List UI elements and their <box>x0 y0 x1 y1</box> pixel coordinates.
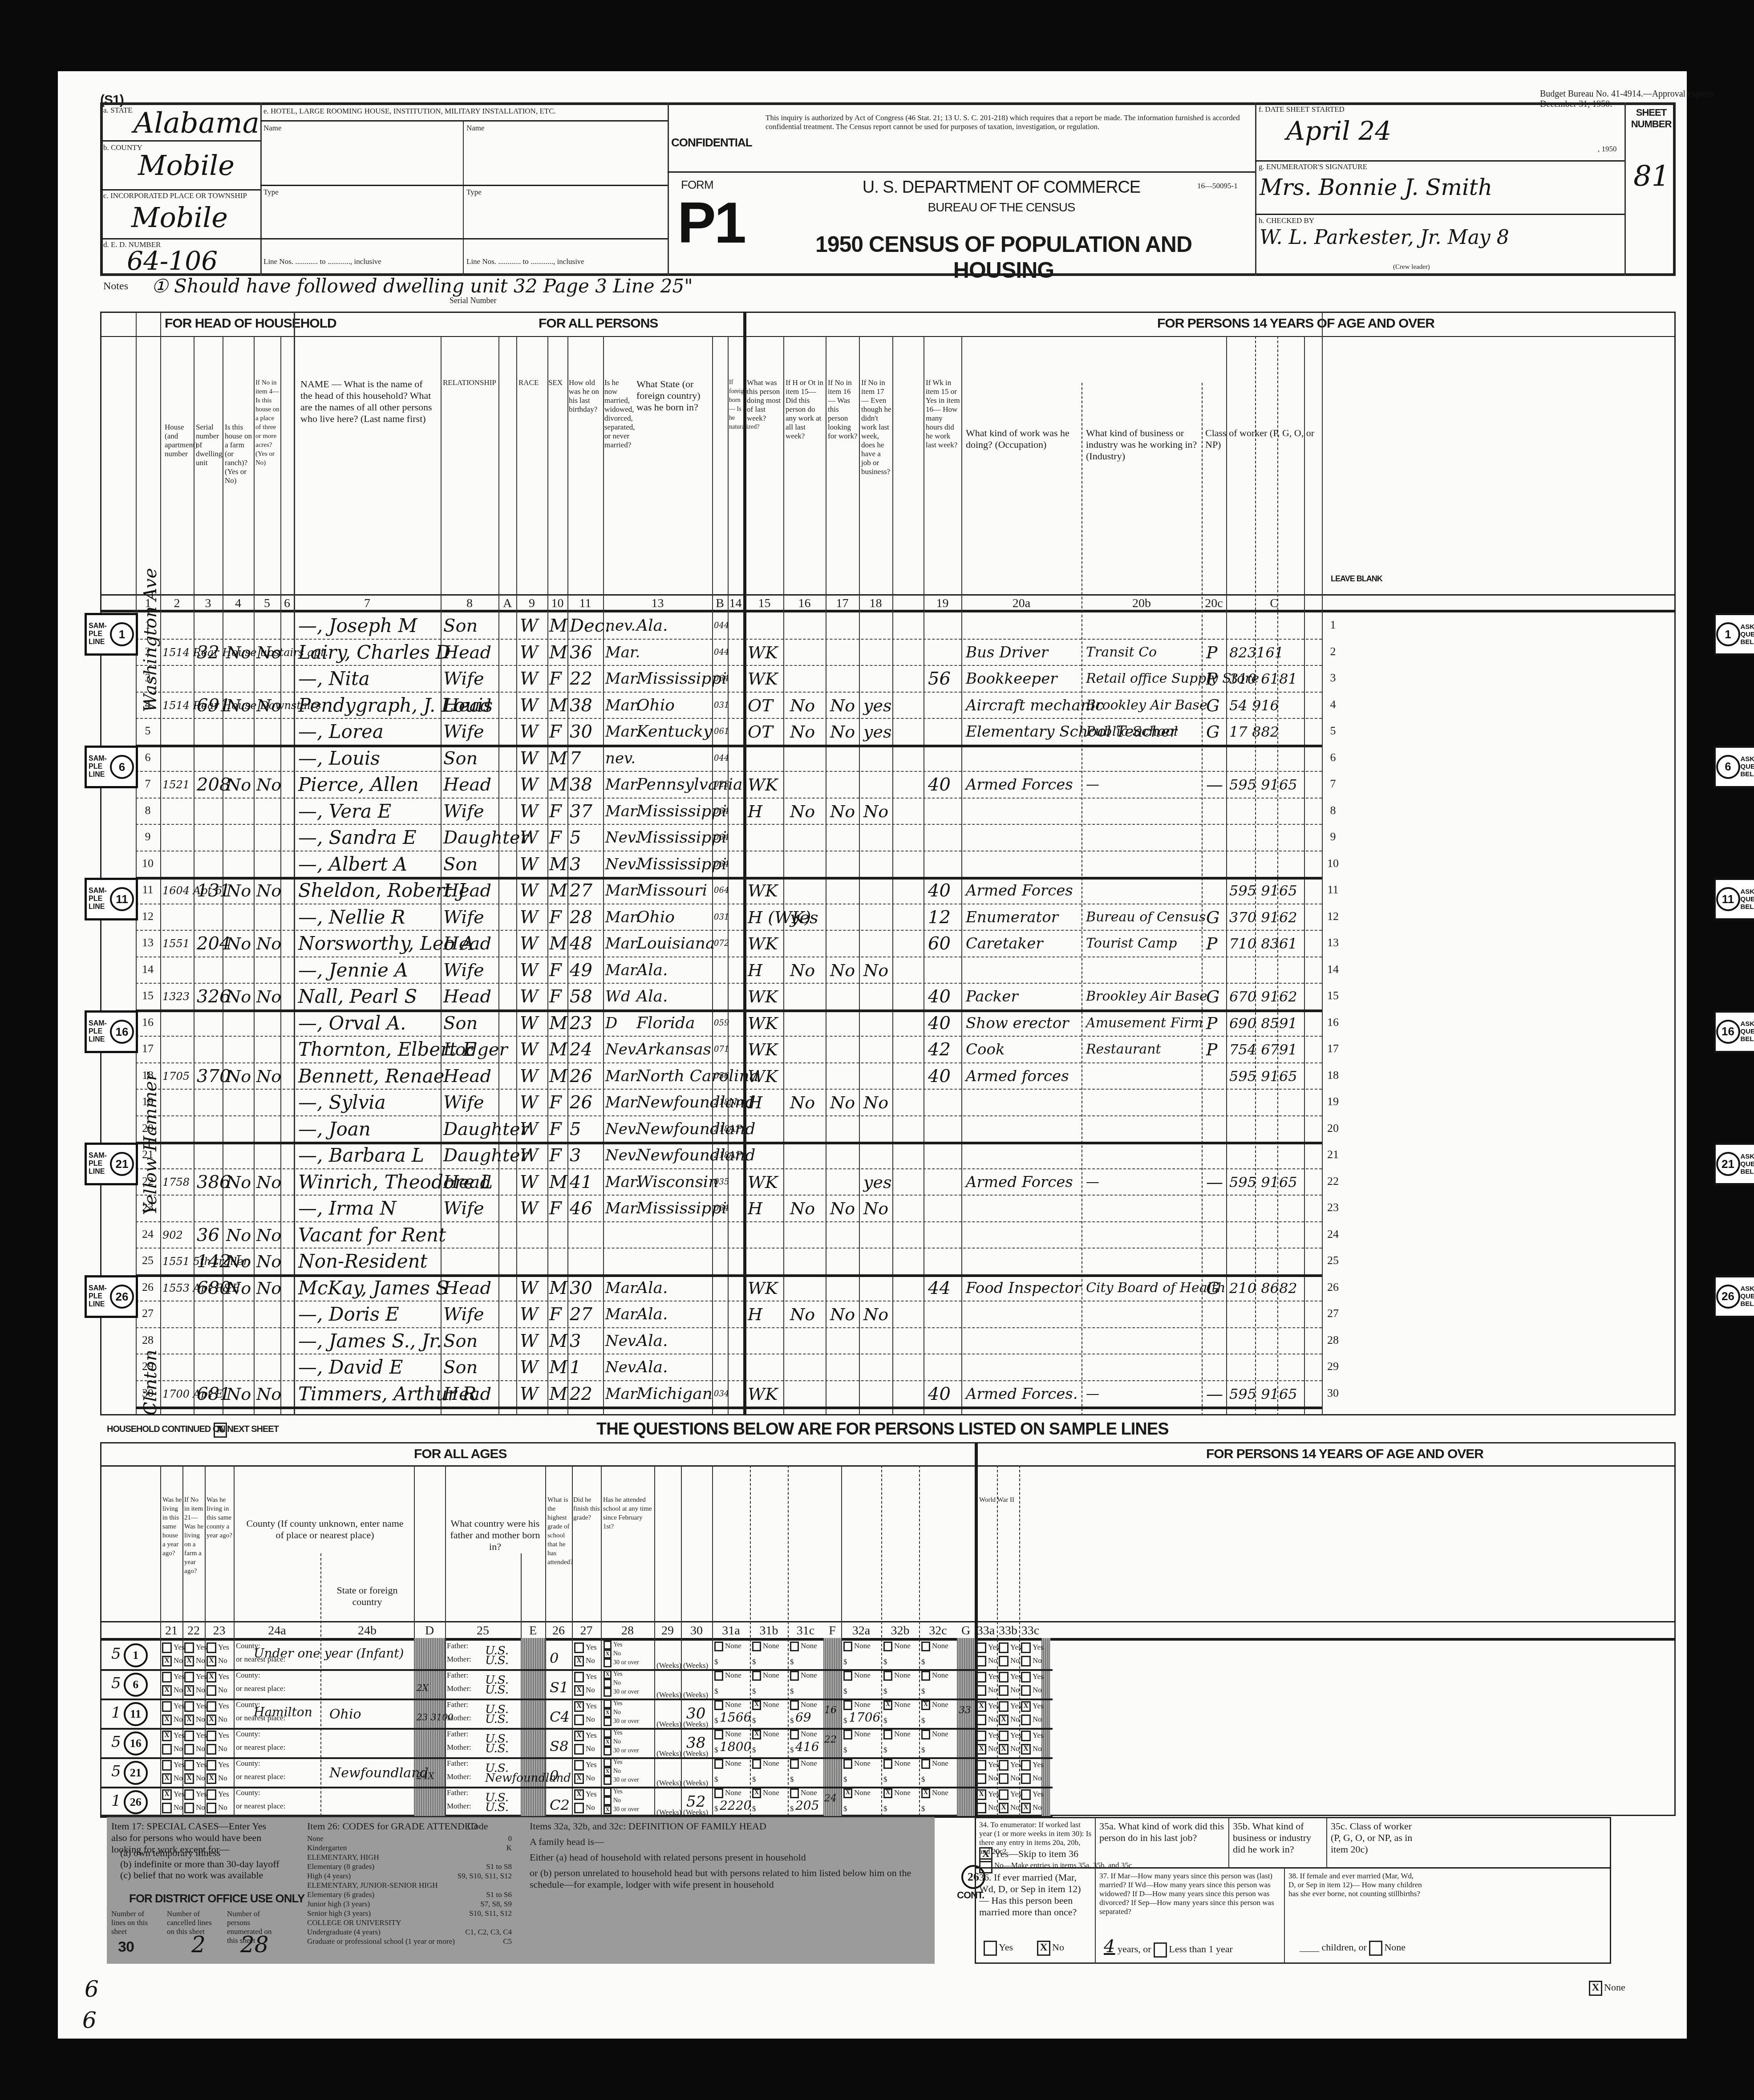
cell-nat: AP <box>729 1144 742 1167</box>
leave-blank-f <box>823 1638 841 1816</box>
county-label: b. COUNTY <box>103 143 142 152</box>
cell-name: —, David E <box>298 1356 403 1378</box>
q22-checkbox[interactable]: YesNo <box>184 1731 207 1755</box>
q28-checkbox[interactable]: YesXNo30 or over <box>604 1699 639 1726</box>
line-number: 26 <box>139 1281 157 1294</box>
cell-occupation: Enumerator <box>966 906 1058 928</box>
col-23-header: Was he living in this same county a year… <box>207 1496 232 1540</box>
ask-questions-tag: 1ASK QUES. BELOW <box>1713 613 1754 656</box>
cell-farm: No <box>226 1065 251 1087</box>
cell-code-c: 690 8591 <box>1229 1012 1297 1034</box>
q22-checkbox[interactable]: YesNo <box>184 1789 207 1813</box>
colnum-a: A <box>498 596 516 611</box>
lcolnum-25: 25 <box>445 1624 521 1638</box>
leave-blank-e <box>521 1638 545 1816</box>
cell-code-c: 595 9165 <box>1229 774 1297 796</box>
cell-rel: Daughter <box>443 827 529 849</box>
cell-farm: No <box>226 1383 251 1405</box>
none-checkbox[interactable]: None <box>714 1730 741 1739</box>
cell-rel: Son <box>443 1356 478 1378</box>
q28-checkbox[interactable]: YesXNo30 or over <box>604 1729 639 1755</box>
cell-class: G <box>1206 721 1219 743</box>
cell-marital: Mar. <box>605 1277 640 1299</box>
cell-rel: Head <box>443 641 491 664</box>
cell-industry: Amusement Firm <box>1086 1012 1203 1034</box>
none-checkbox[interactable]: None <box>843 1730 871 1739</box>
checked-label: h. CHECKED BY <box>1259 216 1314 225</box>
cell-industry: — <box>1086 774 1099 796</box>
q21-checkbox[interactable]: YesXNo <box>162 1760 185 1784</box>
weeks-label: (Weeks) <box>683 1691 708 1699</box>
line-number: 29 <box>1324 1360 1342 1373</box>
ww2-checkbox[interactable]: XYesNo <box>976 1701 999 1725</box>
cell-marital: Mar. <box>605 774 640 796</box>
cell-birthplace: Ala. <box>636 1356 668 1378</box>
ww2-checkbox[interactable]: YesNo <box>976 1760 999 1784</box>
cell-sex: M <box>549 1330 567 1352</box>
ww2-checkbox[interactable]: YesNo <box>976 1642 999 1666</box>
cell-serial: 680 <box>197 1277 231 1299</box>
none-checkbox[interactable]: None <box>843 1700 871 1710</box>
cell-c16: yes <box>790 906 818 928</box>
none-checkbox[interactable]: None <box>883 1759 911 1769</box>
cell-code-c: 310 6181 <box>1229 668 1297 690</box>
cell-age: 27 <box>570 880 592 902</box>
q34-no[interactable]: No—Make entries in items 35a, 35b, and 3… <box>979 1858 1132 1873</box>
cell-marital: Mar. <box>605 721 640 743</box>
line-number: 5 <box>1324 724 1342 738</box>
special-case-c: (c) belief that no work was available <box>120 1869 263 1881</box>
ww1-checkbox[interactable]: YesNo <box>999 1760 1021 1784</box>
line-number: 2 <box>1324 645 1342 658</box>
none-checkbox[interactable]: None <box>714 1759 741 1769</box>
cell-name: —, Lorea <box>298 721 384 743</box>
institution-type-label-1: Type <box>263 188 279 197</box>
q23-checkbox[interactable]: YesNo <box>207 1731 229 1755</box>
cell-c16: No <box>790 800 815 823</box>
q21-checkbox[interactable]: YesXNo <box>162 1642 185 1666</box>
line-number: 21 <box>1324 1148 1342 1161</box>
cell-occupation: Caretaker <box>966 932 1043 955</box>
none-checkbox[interactable]: None <box>790 1642 817 1651</box>
row-divider <box>136 1221 1322 1222</box>
col-17-header: If No in item 16— Was this person lookin… <box>828 378 858 441</box>
none-checkbox[interactable]: None <box>714 1671 741 1681</box>
income-wages: 1566 <box>720 1710 751 1725</box>
cell-occupation: Packer <box>966 985 1018 1008</box>
ww1-checkbox[interactable]: YesXNo <box>999 1731 1021 1755</box>
cell-activity: OT <box>748 721 773 743</box>
other-service-checkbox[interactable]: YesXNo <box>1021 1731 1044 1755</box>
cell-birthplace: Mississippi <box>636 853 727 876</box>
other-service-checkbox[interactable]: XYesNo <box>1021 1701 1044 1725</box>
dollar-sign: $ <box>790 1687 794 1696</box>
state-value: Alabama <box>134 107 259 140</box>
lcolnum-21: 21 <box>160 1624 182 1638</box>
col-12-header: Is he now married, widowed, divorced, se… <box>604 378 631 450</box>
checked-sub: (Crew leader) <box>1393 263 1430 272</box>
none-checkbox[interactable]: None <box>921 1730 948 1739</box>
cell-sex: M <box>549 932 567 955</box>
section-all-persons: FOR ALL PERSONS <box>539 316 658 331</box>
lcolnum-27: 27 <box>572 1624 601 1638</box>
q27-checkbox[interactable]: YesXNo <box>574 1642 597 1666</box>
weeks-label: (Weeks) <box>656 1808 681 1817</box>
grade-code-item: High (4 years)S9, S10, S11, S12 <box>307 1871 512 1881</box>
ww1-checkbox[interactable]: YesNo <box>999 1672 1021 1696</box>
cell-race: W <box>520 1171 538 1193</box>
none-checkbox[interactable]: None <box>883 1730 911 1739</box>
dollar-sign: $ <box>752 1716 756 1725</box>
q27-checkbox[interactable]: XYesNo <box>574 1789 597 1813</box>
line-number: 28 <box>139 1334 157 1347</box>
none-checkbox[interactable]: None <box>714 1788 741 1798</box>
cell-serial: 691 <box>197 694 231 717</box>
cell-industry: Brookley Air Base <box>1086 985 1207 1008</box>
cell-activity: WK <box>748 1065 778 1087</box>
cell-birthplace: Ohio <box>636 694 675 717</box>
cell-sex: F <box>549 721 562 743</box>
grade-codes-title: Item 26: CODES for GRADE ATTENDED <box>307 1820 478 1832</box>
none-checkbox[interactable]: None <box>790 1730 817 1739</box>
family-head-text-1: A family head is— <box>530 1836 921 1848</box>
cell-activity: WK <box>748 985 778 1008</box>
cell-nat: AP <box>729 1118 742 1140</box>
cell-race: W <box>520 1144 538 1167</box>
col-25-header: What country were his father and mother … <box>450 1518 541 1553</box>
q23-checkbox[interactable]: XYesNo <box>207 1672 229 1696</box>
other-service-checkbox[interactable]: YesNo <box>1021 1672 1044 1696</box>
q28-checkbox[interactable]: XYesNo30 or over <box>604 1670 639 1697</box>
row-divider <box>136 904 1322 904</box>
cell-birthplace: Missouri <box>636 880 707 902</box>
line-number: 17 <box>139 1042 157 1055</box>
none-checkbox[interactable]: None <box>883 1671 911 1681</box>
dollar-sign: $ <box>752 1775 756 1784</box>
dollar-sign: $ <box>883 1716 887 1725</box>
cell-c16: No <box>790 694 815 717</box>
cell-race: W <box>520 1330 538 1352</box>
none-checkbox[interactable]: None <box>921 1671 948 1681</box>
col-27-header: Did he finish this grade? <box>573 1496 600 1522</box>
ww1-checkbox[interactable]: YesNo <box>999 1642 1021 1666</box>
cell-c17: No <box>830 721 855 743</box>
line-nos-2: Line Nos. ............ to ............, … <box>466 257 584 266</box>
cell-industry: — <box>1086 1383 1099 1405</box>
lcolnum-29: 29 <box>654 1624 681 1638</box>
notes-text: ① Should have followed dwelling unit 32 … <box>151 275 693 297</box>
col-20c-header: Class of worker (P, G, O, or NP) <box>1205 427 1319 450</box>
weeks-label: (Weeks) <box>683 1779 708 1788</box>
q27-checkbox[interactable]: XYesNo <box>574 1701 597 1725</box>
line-number: 5 <box>139 724 157 738</box>
cell-age: 49 <box>570 959 592 981</box>
grade-code-item: ELEMENTARY, JUNIOR-SENIOR HIGH <box>307 1881 512 1890</box>
q28-checkbox[interactable]: YesNoX30 or over <box>604 1788 639 1814</box>
q38-text: 38. If female and ever married (Mar, Wd,… <box>1288 1872 1422 1898</box>
weeks-label: (Weeks) <box>656 1661 681 1670</box>
sheet-number: 81 <box>1633 160 1669 193</box>
q36-no[interactable]: XNo <box>1037 1941 1064 1956</box>
cell-age: 30 <box>570 721 592 743</box>
ww2-checkbox[interactable]: YesXNo <box>976 1731 999 1755</box>
col-c-header: LEAVE BLANK <box>1331 574 1382 584</box>
sample-line-marker: 56 <box>111 1673 148 1697</box>
date-year: , 1950 <box>1598 145 1617 154</box>
dollar-sign: $ <box>843 1687 847 1696</box>
cell-activity: WK <box>748 880 778 902</box>
line-number: 8 <box>1324 804 1342 817</box>
none-checkbox[interactable]: None <box>752 1642 779 1651</box>
cell-marital: Mar. <box>605 1383 640 1405</box>
none-checkbox[interactable]: None <box>843 1759 871 1769</box>
cell-c17: No <box>830 800 855 823</box>
cell-house: 1323 <box>162 985 190 1008</box>
county-value: Hamilton <box>254 1705 312 1719</box>
cell-rel: Son <box>443 747 478 770</box>
line-number: 1 <box>1324 618 1342 632</box>
cell-farm: No <box>226 1250 251 1273</box>
colnum-15: 15 <box>745 596 783 611</box>
census-sheet: (S1) Budget Bureau No. 41-4914.—Approval… <box>58 71 1687 2039</box>
state-value: Newfoundland <box>329 1765 429 1781</box>
bureau-title: BUREAU OF THE CENSUS <box>823 200 1179 215</box>
cell-marital: Mar. <box>605 880 640 902</box>
cell-hours: 12 <box>928 906 951 928</box>
q23-checkbox[interactable]: YesXNo <box>207 1701 229 1725</box>
none-checkbox[interactable]: None <box>790 1788 817 1798</box>
cell-code-c: 823161 <box>1229 641 1284 664</box>
dollar-sign: $ <box>921 1746 925 1755</box>
q21-checkbox[interactable]: YesXNo <box>162 1701 185 1725</box>
cell-race: W <box>520 1277 538 1299</box>
line-number: 14 <box>139 963 157 976</box>
ww2-checkbox[interactable]: YesNo <box>976 1672 999 1696</box>
cell-house: 1551 <box>162 932 190 955</box>
cell-code-c: 754 6791 <box>1229 1038 1297 1061</box>
cell-code-c: 710 8361 <box>1229 932 1297 955</box>
cell-age: 27 <box>570 1303 592 1326</box>
none-checkbox[interactable]: None <box>752 1671 779 1681</box>
cell-acres: No <box>256 694 281 717</box>
cell-race: W <box>520 1065 538 1087</box>
father-label: Father: <box>447 1788 468 1797</box>
row-divider <box>136 692 1322 693</box>
cell-sex: F <box>549 959 562 981</box>
none-checkbox[interactable]: None <box>790 1759 817 1769</box>
mother-label: Mother: <box>447 1772 471 1781</box>
cell-class: G <box>1206 985 1219 1008</box>
col-16-header: If H or Ot in item 15— Did this person d… <box>786 378 825 441</box>
dollar-sign: $ <box>921 1716 925 1725</box>
cell-acres: No <box>256 1065 281 1087</box>
none-checkbox[interactable]: None <box>790 1700 817 1710</box>
cell-race: W <box>520 880 538 902</box>
q28-checkbox[interactable]: YesXNo30 or over <box>604 1758 639 1785</box>
cell-marital: Mar. <box>605 1065 640 1087</box>
dollar-sign: $ <box>921 1775 925 1784</box>
cell-class: — <box>1206 1171 1223 1193</box>
mother-birthplace: U.S. <box>485 1654 509 1667</box>
code-f: 24 <box>824 1793 837 1804</box>
lcolnum-e: E <box>521 1624 545 1638</box>
cell-code-b: 064 <box>714 827 729 849</box>
line-number: 8 <box>139 804 157 817</box>
ww1-checkbox[interactable]: YesXNo <box>999 1701 1021 1725</box>
ww1-checkbox[interactable]: YesXNo <box>999 1789 1021 1813</box>
q21-checkbox[interactable]: XYesNo <box>162 1731 185 1755</box>
dollar-sign: $ <box>714 1716 718 1725</box>
cell-serial: 32 <box>197 641 219 664</box>
row-divider <box>136 930 1322 931</box>
none-checkbox[interactable]: XNone <box>883 1700 911 1710</box>
code-d: 23 3100 <box>417 1712 454 1723</box>
cell-marital: Nev. <box>605 853 639 876</box>
q23-checkbox[interactable]: YesXNo <box>207 1642 229 1666</box>
q23-checkbox[interactable]: YesNo <box>207 1789 229 1813</box>
cell-farm: No <box>226 932 251 955</box>
date-label: f. DATE SHEET STARTED <box>1259 105 1345 114</box>
cell-code-b: 218 <box>714 1091 729 1114</box>
cell-name: —, Sylvia <box>298 1091 386 1114</box>
dollar-sign: $ <box>714 1775 718 1784</box>
cell-sex: M <box>549 1356 567 1378</box>
other-service-checkbox[interactable]: YesNo <box>1021 1760 1044 1784</box>
state-value: Ohio <box>329 1707 361 1722</box>
none-checkbox[interactable]: XNone <box>883 1788 911 1798</box>
line-number: 16 <box>139 1016 157 1029</box>
county-label: County: <box>236 1759 260 1768</box>
none-checkbox[interactable]: None <box>843 1642 871 1651</box>
ww2-checkbox[interactable]: XYesNo <box>976 1789 999 1813</box>
q27-checkbox[interactable]: YesXNo <box>574 1672 597 1696</box>
none-checkbox[interactable]: XNone <box>921 1700 948 1710</box>
cell-name: —, Nita <box>298 668 370 690</box>
cell-name: —, Joseph M <box>298 615 417 637</box>
none-checkbox[interactable]: None <box>714 1642 741 1651</box>
sample-line-marker: 126 <box>111 1790 148 1814</box>
q38-answer[interactable]: ____ children, or None <box>1300 1941 1406 1956</box>
income-wages: 2220 <box>720 1798 751 1813</box>
none-checkbox[interactable]: None <box>883 1642 911 1651</box>
cell-sex: F <box>549 1197 562 1220</box>
q23-checkbox[interactable]: YesXNo <box>207 1760 229 1784</box>
cell-birthplace: Michigan <box>636 1383 713 1405</box>
none-checkbox[interactable]: XNone <box>843 1788 871 1798</box>
cell-rel: Wife <box>443 1197 484 1220</box>
cell-name: —, Barbara L <box>298 1144 424 1167</box>
cell-name: Sheldon, Robert J <box>298 880 466 902</box>
q22-checkbox[interactable]: YesXNo <box>184 1642 207 1666</box>
none-checkbox[interactable]: None <box>843 1671 871 1681</box>
cell-farm: No <box>226 774 251 796</box>
cell-class: P <box>1206 641 1218 664</box>
none-checkbox[interactable]: XNone <box>752 1788 779 1798</box>
q27-checkbox[interactable]: XYesNo <box>574 1731 597 1755</box>
cell-house: 902 <box>162 1224 183 1246</box>
none-checkbox[interactable]: None <box>921 1642 948 1651</box>
mother-label: Mother: <box>447 1743 471 1752</box>
grade-code-item: Senior high (3 years)S10, S11, S12 <box>307 1909 512 1918</box>
notes-sub: Serial Number <box>450 296 496 305</box>
cell-class: G <box>1206 694 1219 717</box>
weeks-label: (Weeks) <box>656 1779 681 1788</box>
none-checkbox[interactable]: None <box>752 1759 779 1769</box>
cell-name: —, Nellie R <box>298 906 405 928</box>
q21-checkbox[interactable]: YesXNo <box>162 1672 185 1696</box>
dollar-sign: $ <box>714 1658 718 1666</box>
special-case-b: (b) indefinite or more than 30-day layof… <box>120 1858 280 1870</box>
none-checkbox[interactable]: XNone <box>752 1700 779 1710</box>
mother-label: Mother: <box>447 1684 471 1693</box>
cell-age: 7 <box>570 747 581 770</box>
cell-age: 3 <box>570 853 581 876</box>
cell-nat: No <box>729 1091 743 1114</box>
q22-checkbox[interactable]: YesXNo <box>184 1672 207 1696</box>
lcolnum-g: G <box>957 1624 975 1638</box>
q35b-text: 35b. What kind of business or industry d… <box>1233 1820 1324 1855</box>
section-persons-14: FOR PERSONS 14 YEARS OF AGE AND OVER <box>1157 316 1434 331</box>
lcolnum-33c: 33c <box>1019 1624 1041 1638</box>
none-checkbox[interactable]: None <box>790 1671 817 1681</box>
col-10-header: SEX <box>548 378 566 387</box>
cell-activity: WK <box>748 1171 778 1193</box>
place-value: Mobile <box>131 201 228 234</box>
household-continued-checkbox[interactable]: X <box>214 1423 227 1438</box>
cell-race: W <box>520 641 538 664</box>
colnum-18: 18 <box>859 596 892 611</box>
cell-marital: Mar. <box>605 1197 640 1220</box>
none-checkbox[interactable]: XNone <box>921 1788 948 1798</box>
none-checkbox[interactable]: None <box>921 1759 948 1769</box>
line-number: 12 <box>1324 910 1342 923</box>
nearest-place-label: or nearest place: <box>236 1802 285 1811</box>
q28-checkbox[interactable]: YesXNo30 or over <box>604 1641 639 1667</box>
lcolnum-f: F <box>823 1624 841 1638</box>
q37-answer[interactable]: 4 years, or Less than 1 year <box>1104 1941 1233 1958</box>
cell-rel: Wife <box>443 959 484 981</box>
q36-yes[interactable]: Yes <box>984 1941 1013 1956</box>
section-for-all-ages: FOR ALL AGES <box>414 1447 507 1462</box>
sample-line-marker: 111 <box>111 1702 148 1726</box>
cell-farm: No <box>226 1277 251 1299</box>
other-service-checkbox[interactable]: YesNo <box>1021 1642 1044 1666</box>
bottom-mark-1: 6 <box>85 1976 99 2002</box>
cell-code-b: 064 <box>714 853 729 876</box>
cell-acres: No <box>256 1383 281 1405</box>
lcolnum-d: D <box>414 1624 445 1638</box>
cell-acres: No <box>256 1171 281 1193</box>
none-checkbox[interactable]: XNone <box>752 1730 779 1739</box>
none-checkbox[interactable]: None <box>714 1700 741 1710</box>
dollar-sign: $ <box>752 1687 756 1696</box>
cell-name: Bennett, Renae <box>298 1065 445 1087</box>
q22-checkbox[interactable]: YesXNo <box>184 1760 207 1784</box>
q27-checkbox[interactable]: YesXNo <box>574 1760 597 1784</box>
confidential-label: CONFIDENTIAL <box>671 136 752 150</box>
line-number: 7 <box>139 777 157 791</box>
cell-birthplace: Ala. <box>636 1330 668 1352</box>
cell-occupation: Armed Forces <box>966 1171 1073 1193</box>
cell-code-b: 064 <box>714 1197 729 1220</box>
row-divider <box>136 1115 1322 1116</box>
q21-checkbox[interactable]: XYesNo <box>162 1789 185 1813</box>
col-9-header: RACE <box>519 378 547 387</box>
other-service-checkbox[interactable]: YesXNo <box>1021 1789 1044 1813</box>
district-col-1: Number of lines on this sheet <box>111 1909 160 1936</box>
cell-marital: D <box>605 1012 617 1034</box>
q22-checkbox[interactable]: YesXNo <box>184 1701 207 1725</box>
